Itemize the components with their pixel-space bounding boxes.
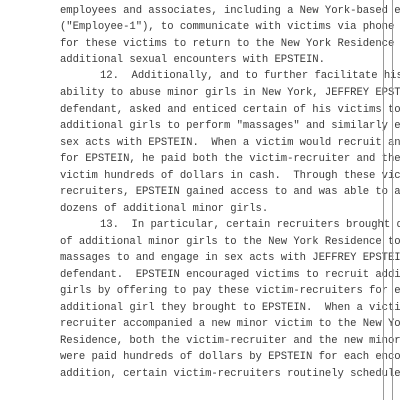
text-line: for EPSTEIN, he paid both the victim-rec… <box>60 153 400 165</box>
right-margin-line <box>383 0 384 400</box>
text-line: were paid hundreds of dollars by EPSTEIN… <box>60 351 400 363</box>
text-line: for these victims to return to the New Y… <box>60 38 400 50</box>
text-line: additional sexual encounters with EPSTEI… <box>60 54 325 66</box>
text-line: ("Employee-1"), to communicate with vict… <box>60 21 400 33</box>
text-line: dozens of additional minor girls. <box>60 203 268 215</box>
text-line: defendant. EPSTEIN encouraged victims to… <box>60 269 400 281</box>
text-line: of additional minor girls to the New Yor… <box>60 236 400 248</box>
document-page: employees and associates, including a Ne… <box>0 0 400 400</box>
text-line: additional girls to perform "massages" a… <box>60 120 400 132</box>
text-line: recruiters, EPSTEIN gained access to and… <box>60 186 400 198</box>
text-line: defendant, asked and enticed certain of … <box>60 104 400 116</box>
text-line: addition, certain victim-recruiters rout… <box>60 368 400 380</box>
paragraph-12-start: 12. Additionally, and to further facilit… <box>100 70 400 82</box>
paragraph-13-start: 13. In particular, certain recruiters br… <box>100 219 400 231</box>
text-line: massages to and engage in sex acts with … <box>60 252 400 264</box>
right-margin-line <box>392 0 393 400</box>
text-line: employees and associates, including a Ne… <box>60 5 400 17</box>
text-line: ability to abuse minor girls in New York… <box>60 87 400 99</box>
text-line: victim hundreds of dollars in cash. Thro… <box>60 170 400 182</box>
text-line: Residence, both the victim-recruiter and… <box>60 335 400 347</box>
text-line: girls by offering to pay these victim-re… <box>60 285 400 297</box>
text-line: additional girl they brought to EPSTEIN.… <box>60 302 400 314</box>
text-line: recruiter accompanied a new minor victim… <box>60 318 400 330</box>
text-line: sex acts with EPSTEIN. When a victim wou… <box>60 137 400 149</box>
